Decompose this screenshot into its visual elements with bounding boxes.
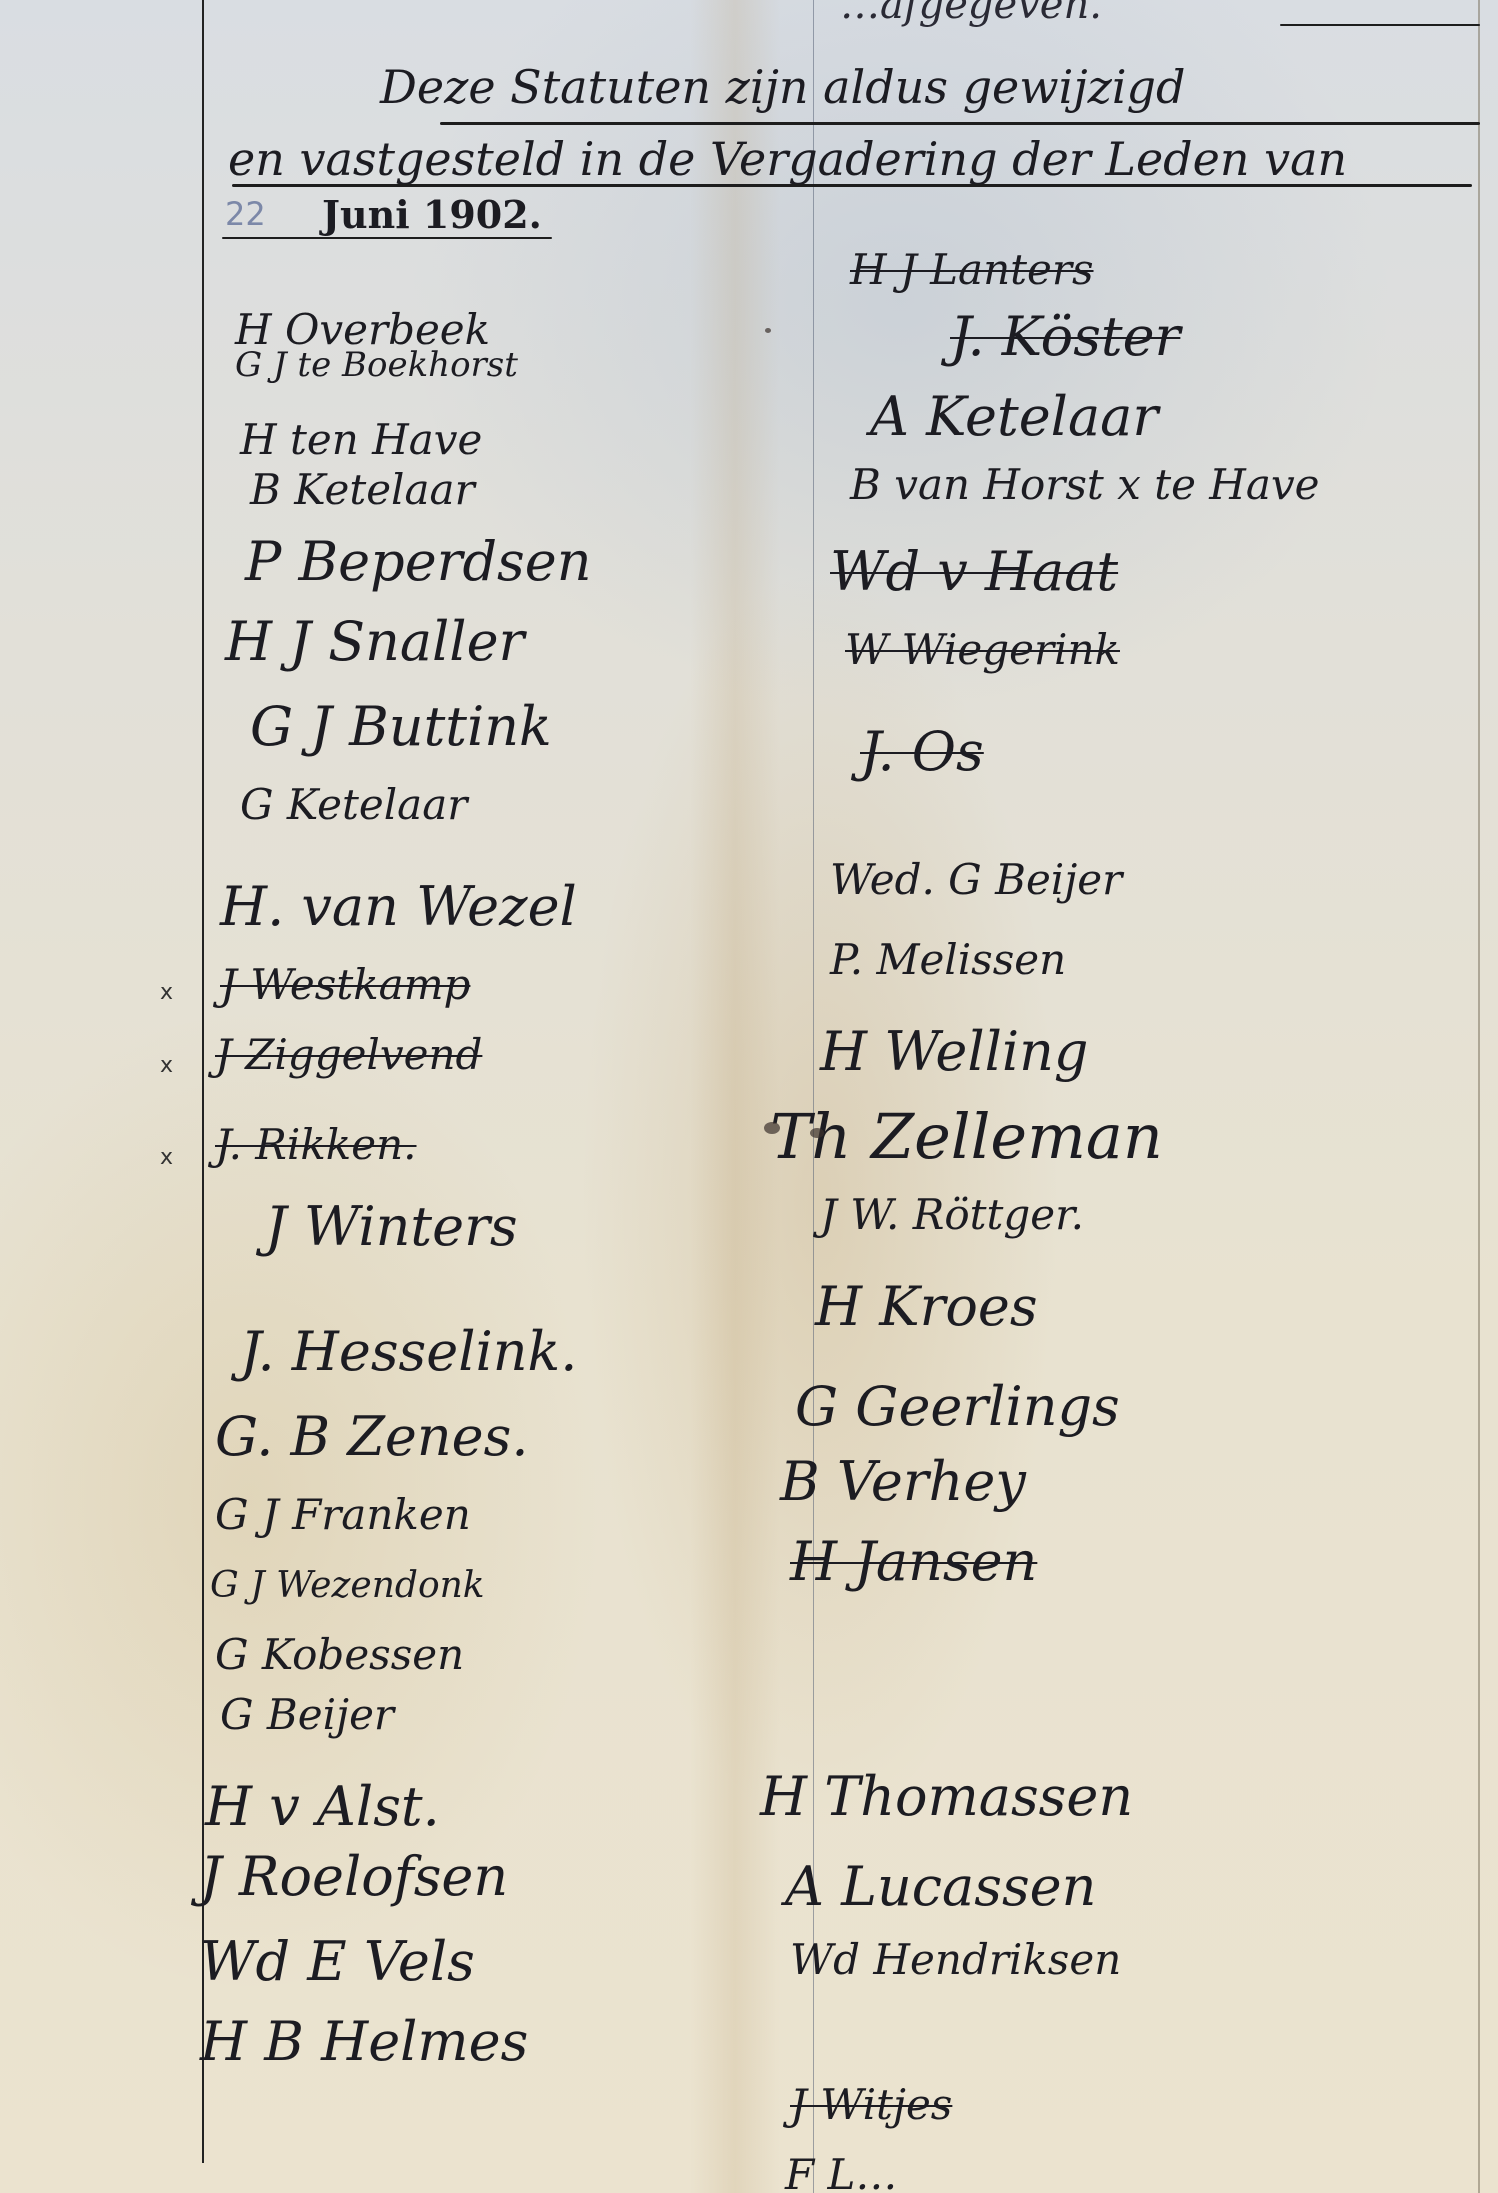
signature: B Ketelaar <box>250 465 475 514</box>
signature: H Thomassen <box>760 1765 1133 1828</box>
margin-x-mark: x <box>160 1053 173 1078</box>
signature: G J Buttink <box>250 695 552 758</box>
margin-x-mark: x <box>160 1145 173 1170</box>
signature: J Roelofsen <box>200 1845 508 1908</box>
signature: G Ketelaar <box>240 780 467 829</box>
signature: P Beperdsen <box>245 530 592 593</box>
signature-struck: J. Köster <box>950 305 1180 368</box>
ink-spot <box>764 1122 780 1134</box>
heading-line-2: en vastgesteld in de Vergadering der Led… <box>228 132 1347 186</box>
signature-struck: J Westkamp <box>220 960 470 1009</box>
left-margin-rule <box>202 0 204 2163</box>
signature: G Beijer <box>220 1690 394 1739</box>
signature: H. van Wezel <box>220 875 577 938</box>
signature: G. B Zenes. <box>215 1405 528 1468</box>
signature: H B Helmes <box>200 2010 528 2073</box>
signature: H v Alst. <box>205 1775 440 1838</box>
date-month-year: Juni 1902. <box>322 192 542 237</box>
signature: Wd Hendriksen <box>790 1935 1121 1984</box>
ink-spot <box>810 1128 824 1138</box>
ink-spot <box>765 328 771 333</box>
signature: Wed. G Beijer <box>830 855 1122 904</box>
signature: B van Horst x te Have <box>850 460 1320 509</box>
signature-struck: Wd v Haat <box>830 540 1118 603</box>
signature: Wd E Vels <box>200 1930 475 1993</box>
signature: G J te Boekhorst <box>235 345 518 385</box>
signature: G J Wezendonk <box>210 1565 485 1606</box>
signature: A Ketelaar <box>870 385 1158 448</box>
date-underline <box>222 237 552 239</box>
header-fragment: …afgegeven. <box>840 0 1102 28</box>
signature: H ten Have <box>240 415 482 464</box>
heading-line-1: Deze Statuten zijn aldus gewijzigd <box>380 60 1185 114</box>
heading-underline-1 <box>440 122 1480 125</box>
page-right-edge <box>1478 0 1480 2193</box>
signature-struck: H Jansen <box>790 1530 1037 1593</box>
signature: J Winters <box>265 1195 518 1258</box>
signature: G J Franken <box>215 1490 471 1539</box>
signature: B Verhey <box>780 1450 1026 1513</box>
signature: G Kobessen <box>215 1630 464 1679</box>
signature: P. Melissen <box>830 935 1066 984</box>
header-fragment-rule <box>1280 24 1480 26</box>
date-day: 22 <box>225 195 266 233</box>
heading-line-1-text: Deze Statuten zijn aldus gewijzigd <box>380 60 1185 114</box>
signature-struck: J. Os <box>860 720 984 783</box>
margin-x-mark: x <box>160 980 173 1005</box>
signature: A Lucassen <box>785 1855 1096 1918</box>
signature-struck: H J Lanters <box>850 245 1094 294</box>
signature: J. Hesselink. <box>240 1320 577 1383</box>
signature: J W. Röttger. <box>820 1190 1084 1239</box>
signature: H Kroes <box>815 1275 1038 1338</box>
heading-underline-2 <box>232 184 1472 187</box>
signature: G Geerlings <box>795 1375 1120 1438</box>
signature: Th Zelleman <box>770 1100 1163 1173</box>
signature-struck: W Wiegerink <box>845 625 1120 674</box>
signature-struck: J Witjes <box>790 2080 952 2129</box>
signature-struck: J Ziggelvend <box>215 1030 482 1079</box>
signature: H Welling <box>820 1020 1088 1083</box>
signature-partial: F L… <box>785 2150 897 2193</box>
signature: H J Snaller <box>225 610 524 673</box>
signature-struck: J. Rikken. <box>215 1120 417 1169</box>
